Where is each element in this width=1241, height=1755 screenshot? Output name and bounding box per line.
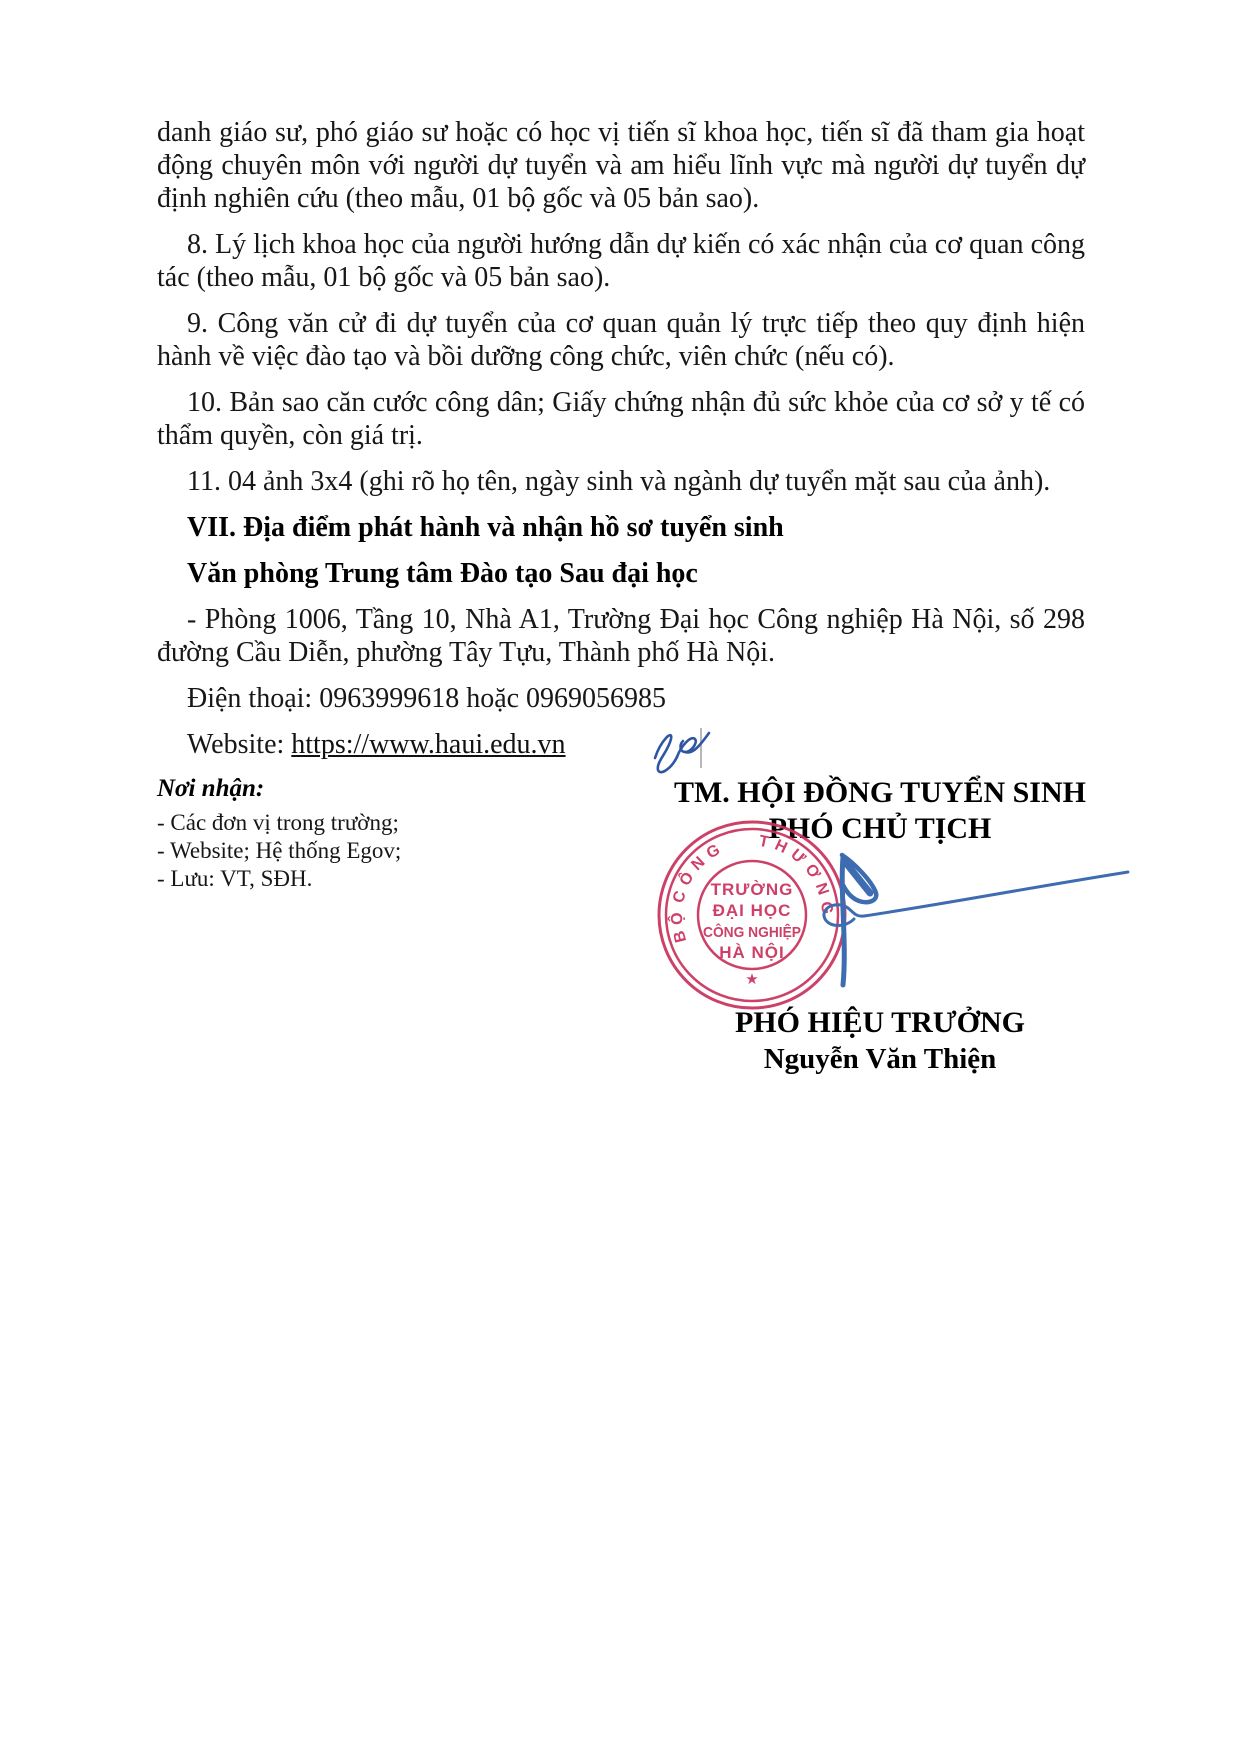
document-page: danh giáo sư, phó giáo sư hoặc có học vị… (0, 0, 1241, 1755)
document-body: danh giáo sư, phó giáo sư hoặc có học vị… (157, 116, 1085, 761)
paragraph-item-9: 9. Công văn cử đi dự tuyển của cơ quan q… (157, 307, 1085, 373)
recipients-title: Nơi nhận: (157, 775, 487, 803)
recipient-item: - Website; Hệ thống Egov; (157, 837, 487, 865)
paragraph-continuation: danh giáo sư, phó giáo sư hoặc có học vị… (157, 116, 1085, 215)
signature-initials-icon (641, 724, 719, 782)
paragraph-item-8: 8. Lý lịch khoa học của người hướng dẫn … (157, 228, 1085, 294)
recipient-item: - Lưu: VT, SĐH. (157, 865, 487, 893)
phone-paragraph: Điện thoại: 0963999618 hoặc 0969056985 (157, 682, 1085, 715)
paragraph-item-11: 11. 04 ảnh 3x4 (ghi rõ họ tên, ngày sinh… (157, 465, 1085, 498)
address-paragraph: - Phòng 1006, Tầng 10, Nhà A1, Trường Đạ… (157, 603, 1085, 669)
website-paragraph: Website: https://www.haui.edu.vn (157, 728, 1085, 761)
recipient-item: - Các đơn vị trong trường; (157, 809, 487, 837)
website-label: Website: (187, 729, 284, 760)
office-heading: Văn phòng Trung tâm Đào tạo Sau đại học (157, 557, 1085, 590)
section-heading-vii: VII. Địa điểm phát hành và nhận hồ sơ tu… (157, 511, 1085, 544)
pen-signature-icon (698, 783, 1140, 998)
website-link[interactable]: https://www.haui.edu.vn (291, 729, 565, 760)
signer-name: Nguyễn Văn Thiện (638, 1043, 1122, 1076)
recipients-block: Nơi nhận: - Các đơn vị trong trường; - W… (157, 775, 487, 893)
paragraph-item-10: 10. Bản sao căn cước công dân; Giấy chứn… (157, 386, 1085, 452)
